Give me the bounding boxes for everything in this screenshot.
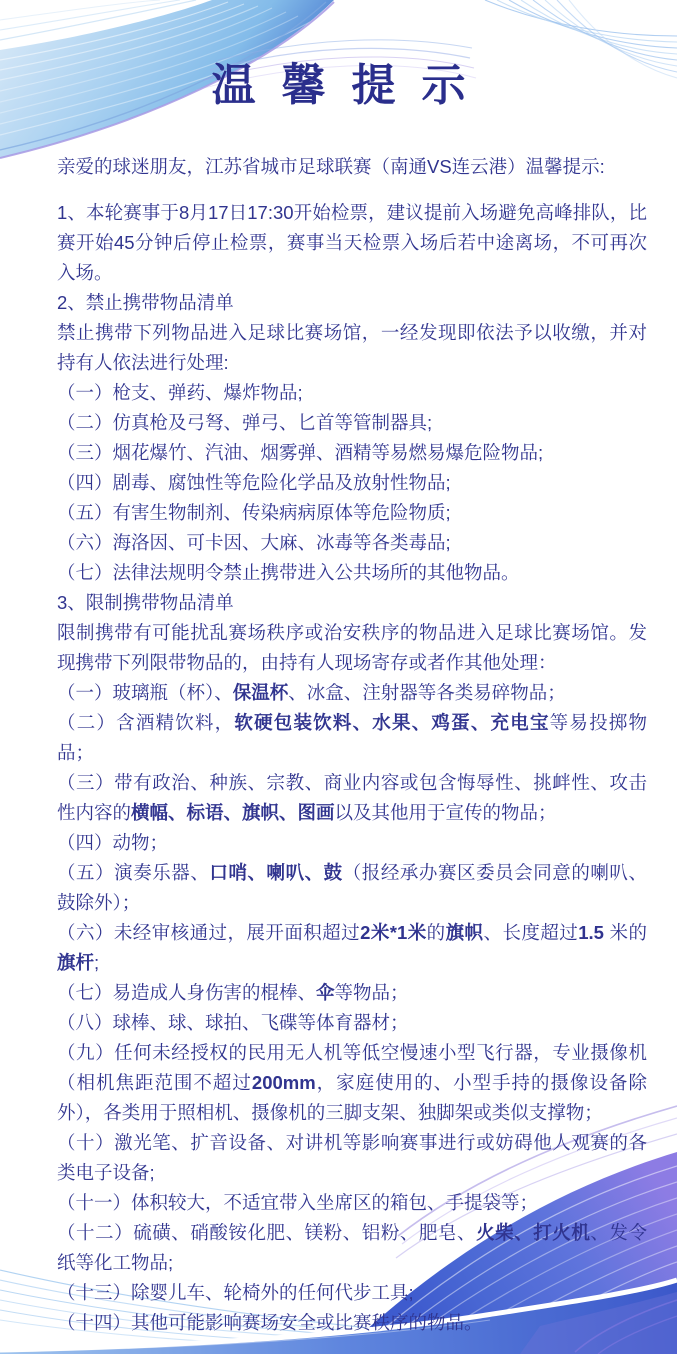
paragraph: （十三）除婴儿车、轮椅外的任何代步工具; xyxy=(57,1278,647,1308)
text-run: 2、禁止携带物品清单 xyxy=(57,292,234,313)
text-run: 的 xyxy=(427,922,446,943)
notice-content: 温馨提示 亲爱的球迷朋友，江苏省城市足球联赛（南通VS连云港）温馨提示: 1、本… xyxy=(0,64,677,1338)
bold-text: 旗帜 xyxy=(446,922,484,943)
text-run: 米的 xyxy=(604,922,647,943)
bold-text: 口哨、喇叭、鼓 xyxy=(209,862,342,883)
bold-text: 1.5 xyxy=(578,922,604,943)
paragraph: （二）含酒精饮料，软硬包装饮料、水果、鸡蛋、充电宝等易投掷物品； xyxy=(57,708,647,768)
text-run: 、冰盒、注射器等各类易碎物品； xyxy=(288,682,566,703)
text-run: （二）仿真枪及弓弩、弹弓、匕首等管制器具; xyxy=(57,412,432,433)
paragraph: （五）有害生物制剂、传染病病原体等危险物质; xyxy=(57,498,647,528)
paragraph: （九）任何未经授权的民用无人机等低空慢速小型飞行器，专业摄像机（相机焦距范围不超… xyxy=(57,1038,647,1128)
paragraph: （四）剧毒、腐蚀性等危险化学品及放射性物品; xyxy=(57,468,647,498)
bold-text: 2米*1米 xyxy=(360,922,427,943)
bold-text: 火柴、打火机 xyxy=(476,1222,590,1243)
paragraph: （六）未经审核通过，展开面积超过2米*1米的旗帜、长度超过1.5 米的旗杆; xyxy=(57,918,647,978)
paragraph: （七）易造成人身伤害的棍棒、伞等物品； xyxy=(57,978,647,1008)
paragraph: 限制携带有可能扰乱赛场秩序或治安秩序的物品进入足球比赛场馆。发现携带下列限带物品… xyxy=(57,618,647,678)
text-run: （五）有害生物制剂、传染病病原体等危险物质; xyxy=(57,502,451,523)
text-run: （三）烟花爆竹、汽油、烟雾弹、酒精等易燃易爆危险物品; xyxy=(57,442,543,463)
bold-text: 200mm xyxy=(252,1072,316,1093)
bold-text: 横幅、标语、旗帜、图画 xyxy=(131,802,335,823)
text-run: （四）动物； xyxy=(57,832,168,853)
text-run: （十二）硫磺、硝酸铵化肥、镁粉、铝粉、肥皂、 xyxy=(57,1222,476,1243)
paragraph: （一）玻璃瓶（杯）、保温杯、冰盒、注射器等各类易碎物品； xyxy=(57,678,647,708)
text-run: ; xyxy=(94,952,99,973)
text-run: （五）演奏乐器、 xyxy=(57,862,209,883)
paragraph: （十二）硫磺、硝酸铵化肥、镁粉、铝粉、肥皂、火柴、打火机、发令纸等化工物品; xyxy=(57,1218,647,1278)
text-run: （七）法律法规明令禁止携带进入公共场所的其他物品。 xyxy=(57,562,520,583)
paragraph: （六）海洛因、可卡因、大麻、冰毒等各类毒品; xyxy=(57,528,647,558)
text-run: 3、限制携带物品清单 xyxy=(57,592,234,613)
notice-page: 温馨提示 亲爱的球迷朋友，江苏省城市足球联赛（南通VS连云港）温馨提示: 1、本… xyxy=(0,0,677,1354)
paragraph: （二）仿真枪及弓弩、弹弓、匕首等管制器具; xyxy=(57,408,647,438)
text-run: （十三）除婴儿车、轮椅外的任何代步工具; xyxy=(57,1282,414,1303)
bold-text: 保温杯 xyxy=(233,682,289,703)
text-run: 、长度超过 xyxy=(484,922,579,943)
paragraph: （三）带有政治、种族、宗教、商业内容或包含悔辱性、挑衅性、攻击性内容的横幅、标语… xyxy=(57,768,647,828)
text-run: 等物品； xyxy=(335,982,409,1003)
text-run: （七）易造成人身伤害的棍棒、 xyxy=(57,982,316,1003)
text-run: （一）玻璃瓶（杯）、 xyxy=(57,682,233,703)
paragraph: （三）烟花爆竹、汽油、烟雾弹、酒精等易燃易爆危险物品; xyxy=(57,438,647,468)
text-run: （六）未经审核通过，展开面积超过 xyxy=(57,922,360,943)
paragraph: 禁止携带下列物品进入足球比赛场馆，一经发现即依法予以收缴，并对持有人依法进行处理… xyxy=(57,318,647,378)
page-title: 温馨提示 xyxy=(0,64,677,108)
text-run: （四）剧毒、腐蚀性等危险化学品及放射性物品; xyxy=(57,472,451,493)
text-run: 限制携带有可能扰乱赛场秩序或治安秩序的物品进入足球比赛场馆。发现携带下列限带物品… xyxy=(57,622,647,673)
notice-body: 1、本轮赛事于8月17日17:30开始检票，建议提前入场避免高峰排队，比赛开始4… xyxy=(57,198,647,1338)
paragraph: （十）激光笔、扩音设备、对讲机等影响赛事进行或妨碍他人观赛的各类电子设备; xyxy=(57,1128,647,1188)
text-run: （十四）其他可能影响赛场安全或比赛秩序的物品。 xyxy=(57,1312,483,1333)
paragraph: （十一）体积较大，不适宜带入坐席区的箱包、手提袋等； xyxy=(57,1188,647,1218)
text-run: （六）海洛因、可卡因、大麻、冰毒等各类毒品; xyxy=(57,532,451,553)
text-run: 1、本轮赛事于8月17日17:30开始检票，建议提前入场避免高峰排队，比赛开始4… xyxy=(57,202,647,283)
text-run: （二）含酒精饮料， xyxy=(57,712,234,733)
bold-text: 软硬包装饮料、水果、鸡蛋、充电宝 xyxy=(234,712,549,733)
intro-paragraph: 亲爱的球迷朋友，江苏省城市足球联赛（南通VS连云港）温馨提示: xyxy=(57,152,647,182)
paragraph: （七）法律法规明令禁止携带进入公共场所的其他物品。 xyxy=(57,558,647,588)
text-run: 禁止携带下列物品进入足球比赛场馆，一经发现即依法予以收缴，并对持有人依法进行处理… xyxy=(57,322,647,373)
paragraph: （十四）其他可能影响赛场安全或比赛秩序的物品。 xyxy=(57,1308,647,1338)
paragraph: 3、限制携带物品清单 xyxy=(57,588,647,618)
text-run: （八）球棒、球、球拍、飞碟等体育器材； xyxy=(57,1012,409,1033)
paragraph: 2、禁止携带物品清单 xyxy=(57,288,647,318)
paragraph: 1、本轮赛事于8月17日17:30开始检票，建议提前入场避免高峰排队，比赛开始4… xyxy=(57,198,647,288)
text-run: 以及其他用于宣传的物品； xyxy=(335,802,557,823)
bold-text: 旗杆 xyxy=(57,952,94,973)
paragraph: （五）演奏乐器、口哨、喇叭、鼓（报经承办赛区委员会同意的喇叭、鼓除外）； xyxy=(57,858,647,918)
paragraph: （八）球棒、球、球拍、飞碟等体育器材； xyxy=(57,1008,647,1038)
paragraph: （四）动物； xyxy=(57,828,647,858)
bold-text: 伞 xyxy=(316,982,335,1003)
text-run: （十）激光笔、扩音设备、对讲机等影响赛事进行或妨碍他人观赛的各类电子设备; xyxy=(57,1132,647,1183)
text-run: （一）枪支、弹药、爆炸物品; xyxy=(57,382,303,403)
paragraph: （一）枪支、弹药、爆炸物品; xyxy=(57,378,647,408)
text-run: （十一）体积较大，不适宜带入坐席区的箱包、手提袋等； xyxy=(57,1192,538,1213)
